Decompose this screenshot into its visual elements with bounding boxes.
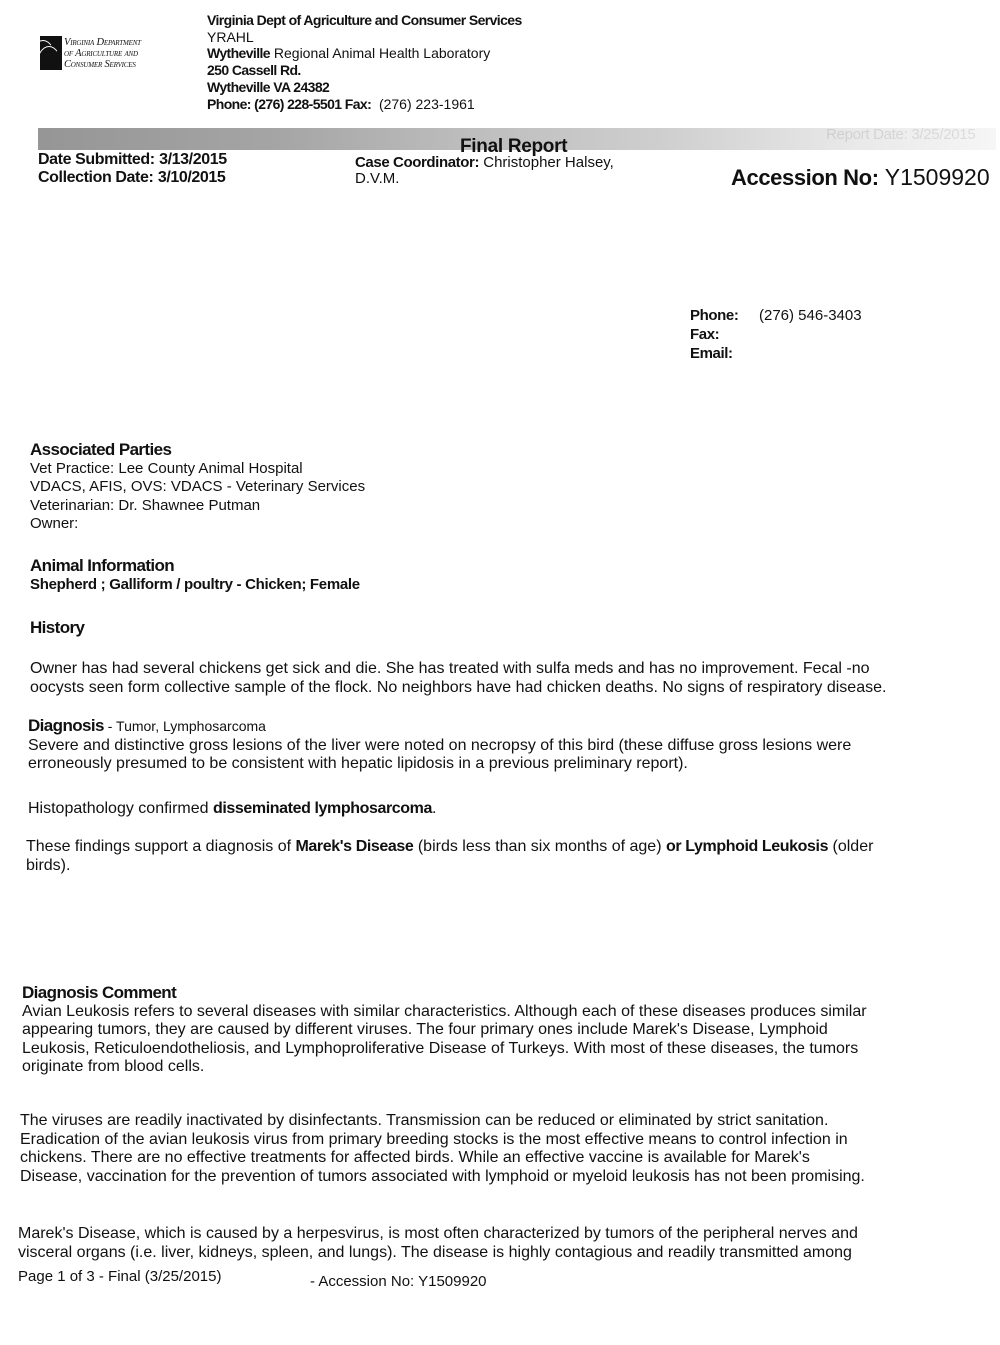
diagnosis-comment-section: Diagnosis Comment Avian Leukosis refers … [22,984,867,1077]
animal-information-text: Shepherd ; Galliform / poultry - Chicken… [30,576,360,595]
support-or: or [666,838,681,855]
diagnosis-section: Diagnosis - Tumor, Lymphosarcoma Severe … [28,717,851,774]
comment-line: appearing tumors, they are caused by dif… [22,1021,867,1040]
support-prefix: These findings support a diagnosis of [26,838,296,855]
lab-address-block: Virginia Dept of Agriculture and Consume… [207,12,522,112]
comment-line: chickens. There are no effective treatme… [20,1149,865,1168]
comment-line: Leukosis, Reticuloendotheliosis, and Lym… [22,1040,867,1059]
diagnosis-comment-paragraph-3: Marek's Disease, which is caused by a he… [18,1225,858,1262]
collection-date: Collection Date: 3/10/2015 [38,169,227,187]
collection-date-value: 3/10/2015 [158,169,226,186]
support-mid: (birds less than six months of age) [413,838,666,855]
support-suffix: (older [828,838,873,855]
histo-finding: disseminated lymphosarcoma [213,800,432,817]
support-line-2: birds). [26,857,873,876]
history-line: Owner has had several chickens get sick … [30,660,886,679]
histo-prefix: Histopathology confirmed [28,800,213,817]
lab-street: 250 Cassell Rd. [207,62,522,79]
histo-suffix: . [432,800,436,817]
diagnosis-support-statement: These findings support a diagnosis of Ma… [26,838,873,875]
comment-line: visceral organs (i.e. liver, kidneys, sp… [18,1244,858,1263]
report-dates: Date Submitted: 3/13/2015 Collection Dat… [38,151,227,186]
histopathology-statement: Histopathology confirmed disseminated ly… [28,800,436,819]
support-disease-2: Lymphoid Leukosis [681,838,828,855]
vdacs-logo-mark-icon [40,36,62,70]
lab-fax-label: Fax: [341,96,371,112]
lab-name-bold: Wytheville [207,45,270,61]
case-coordinator-label: Case Coordinator: [355,154,479,171]
logo-line: of Agriculture and [64,48,141,59]
lab-phone-label: Phone: [207,96,251,112]
lab-code: YRAHL [207,29,522,46]
date-submitted-label: Date Submitted: [38,151,155,168]
accession-value: Y1509920 [885,164,990,190]
party-line: VDACS, AFIS, OVS: VDACS - Veterinary Ser… [30,478,365,497]
lab-city: Wytheville VA 24382 [207,79,522,96]
logo-line: Virginia Department [64,37,141,48]
lab-phone: (276) 228-5501 [251,96,342,112]
diagnosis-heading: Diagnosis [28,716,104,735]
comment-line: Avian Leukosis refers to several disease… [22,1003,867,1022]
associated-parties-section: Associated Parties Vet Practice: Lee Cou… [30,441,365,534]
comment-line: The viruses are readily inactivated by d… [20,1112,865,1131]
contact-phone-label: Phone: [690,307,738,324]
lab-name: Wytheville Regional Animal Health Labora… [207,45,522,62]
diagnosis-comment-heading: Diagnosis Comment [22,984,867,1003]
history-section: History [30,619,84,638]
party-line: Vet Practice: Lee County Animal Hospital [30,460,365,479]
date-submitted-value: 3/13/2015 [159,151,227,168]
animal-information-section: Animal Information Shepherd ; Galliform … [30,557,360,594]
comment-line: Eradication of the avian leukosis virus … [20,1131,865,1150]
agency-name: Virginia Dept of Agriculture and Consume… [207,12,522,29]
lab-name-rest: Regional Animal Health Laboratory [270,45,490,61]
history-heading: History [30,619,84,638]
diagnosis-line: Severe and distinctive gross lesions of … [28,737,851,756]
comment-line: Marek's Disease, which is caused by a he… [18,1225,858,1244]
footer-accession: - Accession No: Y1509920 [310,1273,487,1290]
comment-line: Disease, vaccination for the prevention … [20,1168,865,1187]
party-line: Owner: [30,515,365,534]
diagnosis-line: erroneously presumed to be consistent wi… [28,755,851,774]
contact-phone: (276) 546-3403 [759,306,862,325]
vdacs-logo-text: Virginia Department of Agriculture and C… [64,37,141,70]
support-disease-1: Marek's Disease [296,838,414,855]
date-submitted: Date Submitted: 3/13/2015 [38,151,227,169]
diagnosis-comment-paragraph-2: The viruses are readily inactivated by d… [20,1112,865,1186]
contact-email-label: Email: [690,344,910,363]
case-coordinator: Case Coordinator: Christopher Halsey, D.… [355,155,614,187]
case-coordinator-credential: D.V.M. [355,171,614,187]
history-text: Owner has had several chickens get sick … [30,660,886,697]
contact-fax-label: Fax: [690,325,910,344]
diagnosis-summary: - Tumor, Lymphosarcoma [104,718,266,734]
animal-information-heading: Animal Information [30,557,360,576]
collection-date-label: Collection Date: [38,169,153,186]
lab-fax: (276) 223-1961 [371,96,475,112]
lab-phone-fax: Phone: (276) 228-5501 Fax: (276) 223-196… [207,96,522,113]
associated-parties-heading: Associated Parties [30,441,365,460]
vdacs-logo: Virginia Department of Agriculture and C… [40,33,180,73]
party-line: Veterinarian: Dr. Shawnee Putman [30,497,365,516]
contact-block: Phone:(276) 546-3403 Fax: Email: [690,306,910,363]
logo-line: Consumer Services [64,59,141,70]
page-footer: Page 1 of 3 - Final (3/25/2015) [18,1268,221,1285]
case-coordinator-name: Christopher Halsey, [483,154,614,171]
comment-line: originate from blood cells. [22,1058,867,1077]
accession-number: Accession No: Y1509920 [731,164,990,191]
history-line: oocysts seen form collective sample of t… [30,679,886,698]
accession-label: Accession No: [731,165,879,190]
